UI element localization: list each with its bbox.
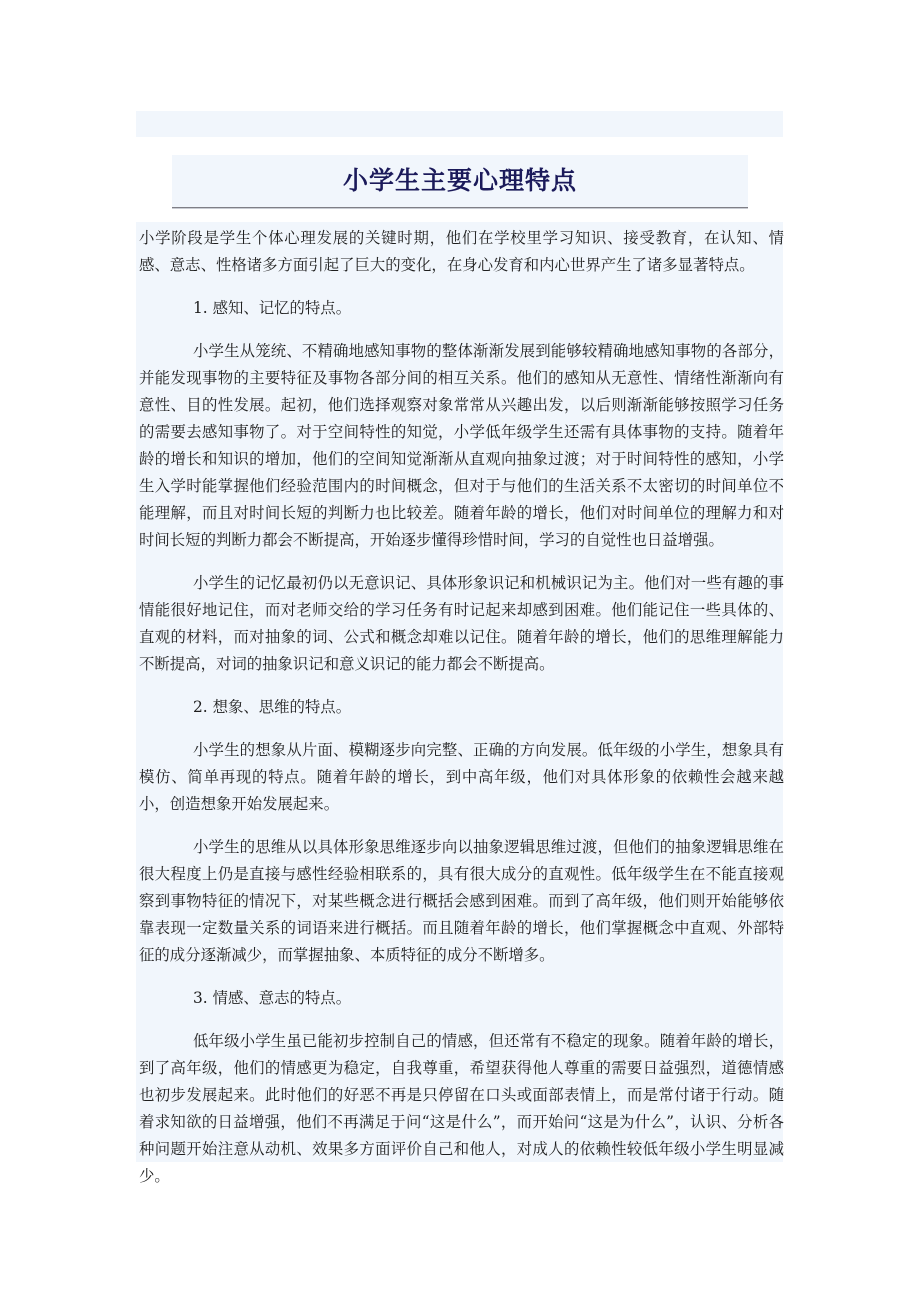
paragraph-imagination: 小学生的想象从片面、模糊逐步向完整、正确的方向发展。低年级的小学生，想象具有模仿…	[139, 737, 784, 818]
section-heading-imagination-thinking: 2. 想象、思维的特点。	[139, 694, 784, 721]
paragraph-perception: 小学生从笼统、不精确地感知事物的整体渐渐发展到能够较精确地感知事物的各部分，并能…	[139, 338, 784, 554]
article-body: 小学阶段是学生个体心理发展的关键时期，他们在学校里学习知识、接受教育，在认知、情…	[139, 225, 784, 1206]
section-heading-perception-memory: 1. 感知、记忆的特点。	[139, 295, 784, 322]
intro-paragraph: 小学阶段是学生个体心理发展的关键时期，他们在学校里学习知识、接受教育，在认知、情…	[139, 225, 784, 279]
header-band	[136, 111, 783, 137]
paragraph-thinking: 小学生的思维从以具体形象思维逐步向以抽象逻辑思维过渡，但他们的抽象逻辑思维在很大…	[139, 834, 784, 969]
paragraph-memory: 小学生的记忆最初仍以无意识记、具体形象识记和机械识记为主。他们对一些有趣的事情能…	[139, 570, 784, 678]
paragraph-emotion: 低年级小学生虽已能初步控制自己的情感，但还常有不稳定的现象。随着年龄的增长，到了…	[139, 1028, 784, 1190]
title-box: 小学生主要心理特点	[172, 155, 748, 208]
page-title: 小学生主要心理特点	[172, 155, 748, 207]
section-heading-emotion-will: 3. 情感、意志的特点。	[139, 985, 784, 1012]
